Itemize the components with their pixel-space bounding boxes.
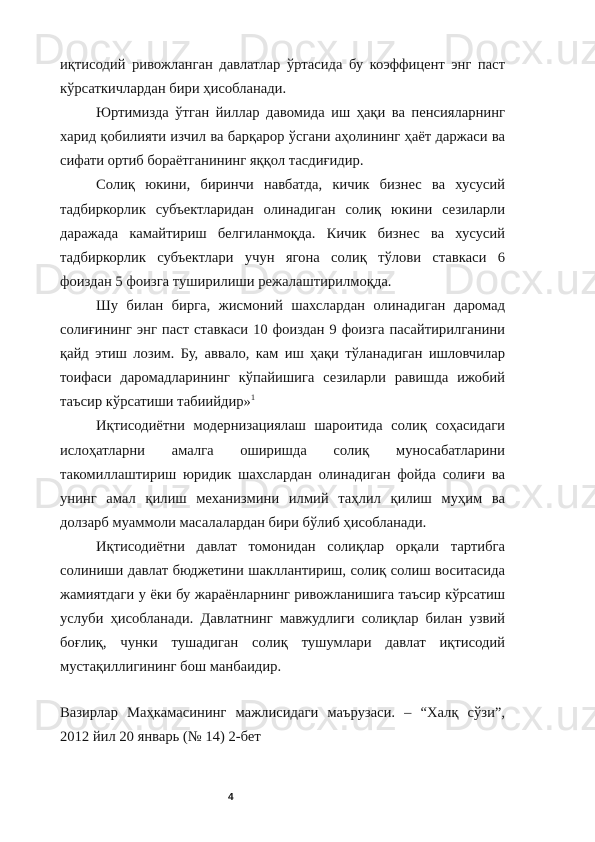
paragraph-tax-burden: Солиқ юкини, биринчи навбатда, кичик биз… xyxy=(60,173,505,293)
footnote-reference[interactable]: 1 xyxy=(251,392,255,402)
paragraph-income-tax-text: Шу билан бирга, жисмоний шахслардан олин… xyxy=(60,298,505,410)
paragraph-income-tax: Шу билан бирга, жисмоний шахслардан олин… xyxy=(60,294,505,414)
footnote: Вазирлар Маҳкамасининг мажлисидаги маъру… xyxy=(60,702,505,749)
paragraph-modernization: Иқтисодиётни модернизациялаш шароитида с… xyxy=(60,414,505,534)
paragraph-continuation: иқтисодий ривожланган давлатлар ўртасида… xyxy=(60,53,505,101)
paragraph-wages-pensions: Юртимизда ўтган йиллар давомида иш ҳақи … xyxy=(60,101,505,173)
document-page: Docx.uz Docx.uz Docx.uz Docx.uz Docx.uz … xyxy=(0,0,595,842)
paragraph-state-regulation: Иқтисодиётни давлат томонидан солиқлар о… xyxy=(60,535,505,680)
body-text: иқтисодий ривожланган давлатлар ўртасида… xyxy=(60,53,505,679)
page-number: 4 xyxy=(228,792,234,803)
